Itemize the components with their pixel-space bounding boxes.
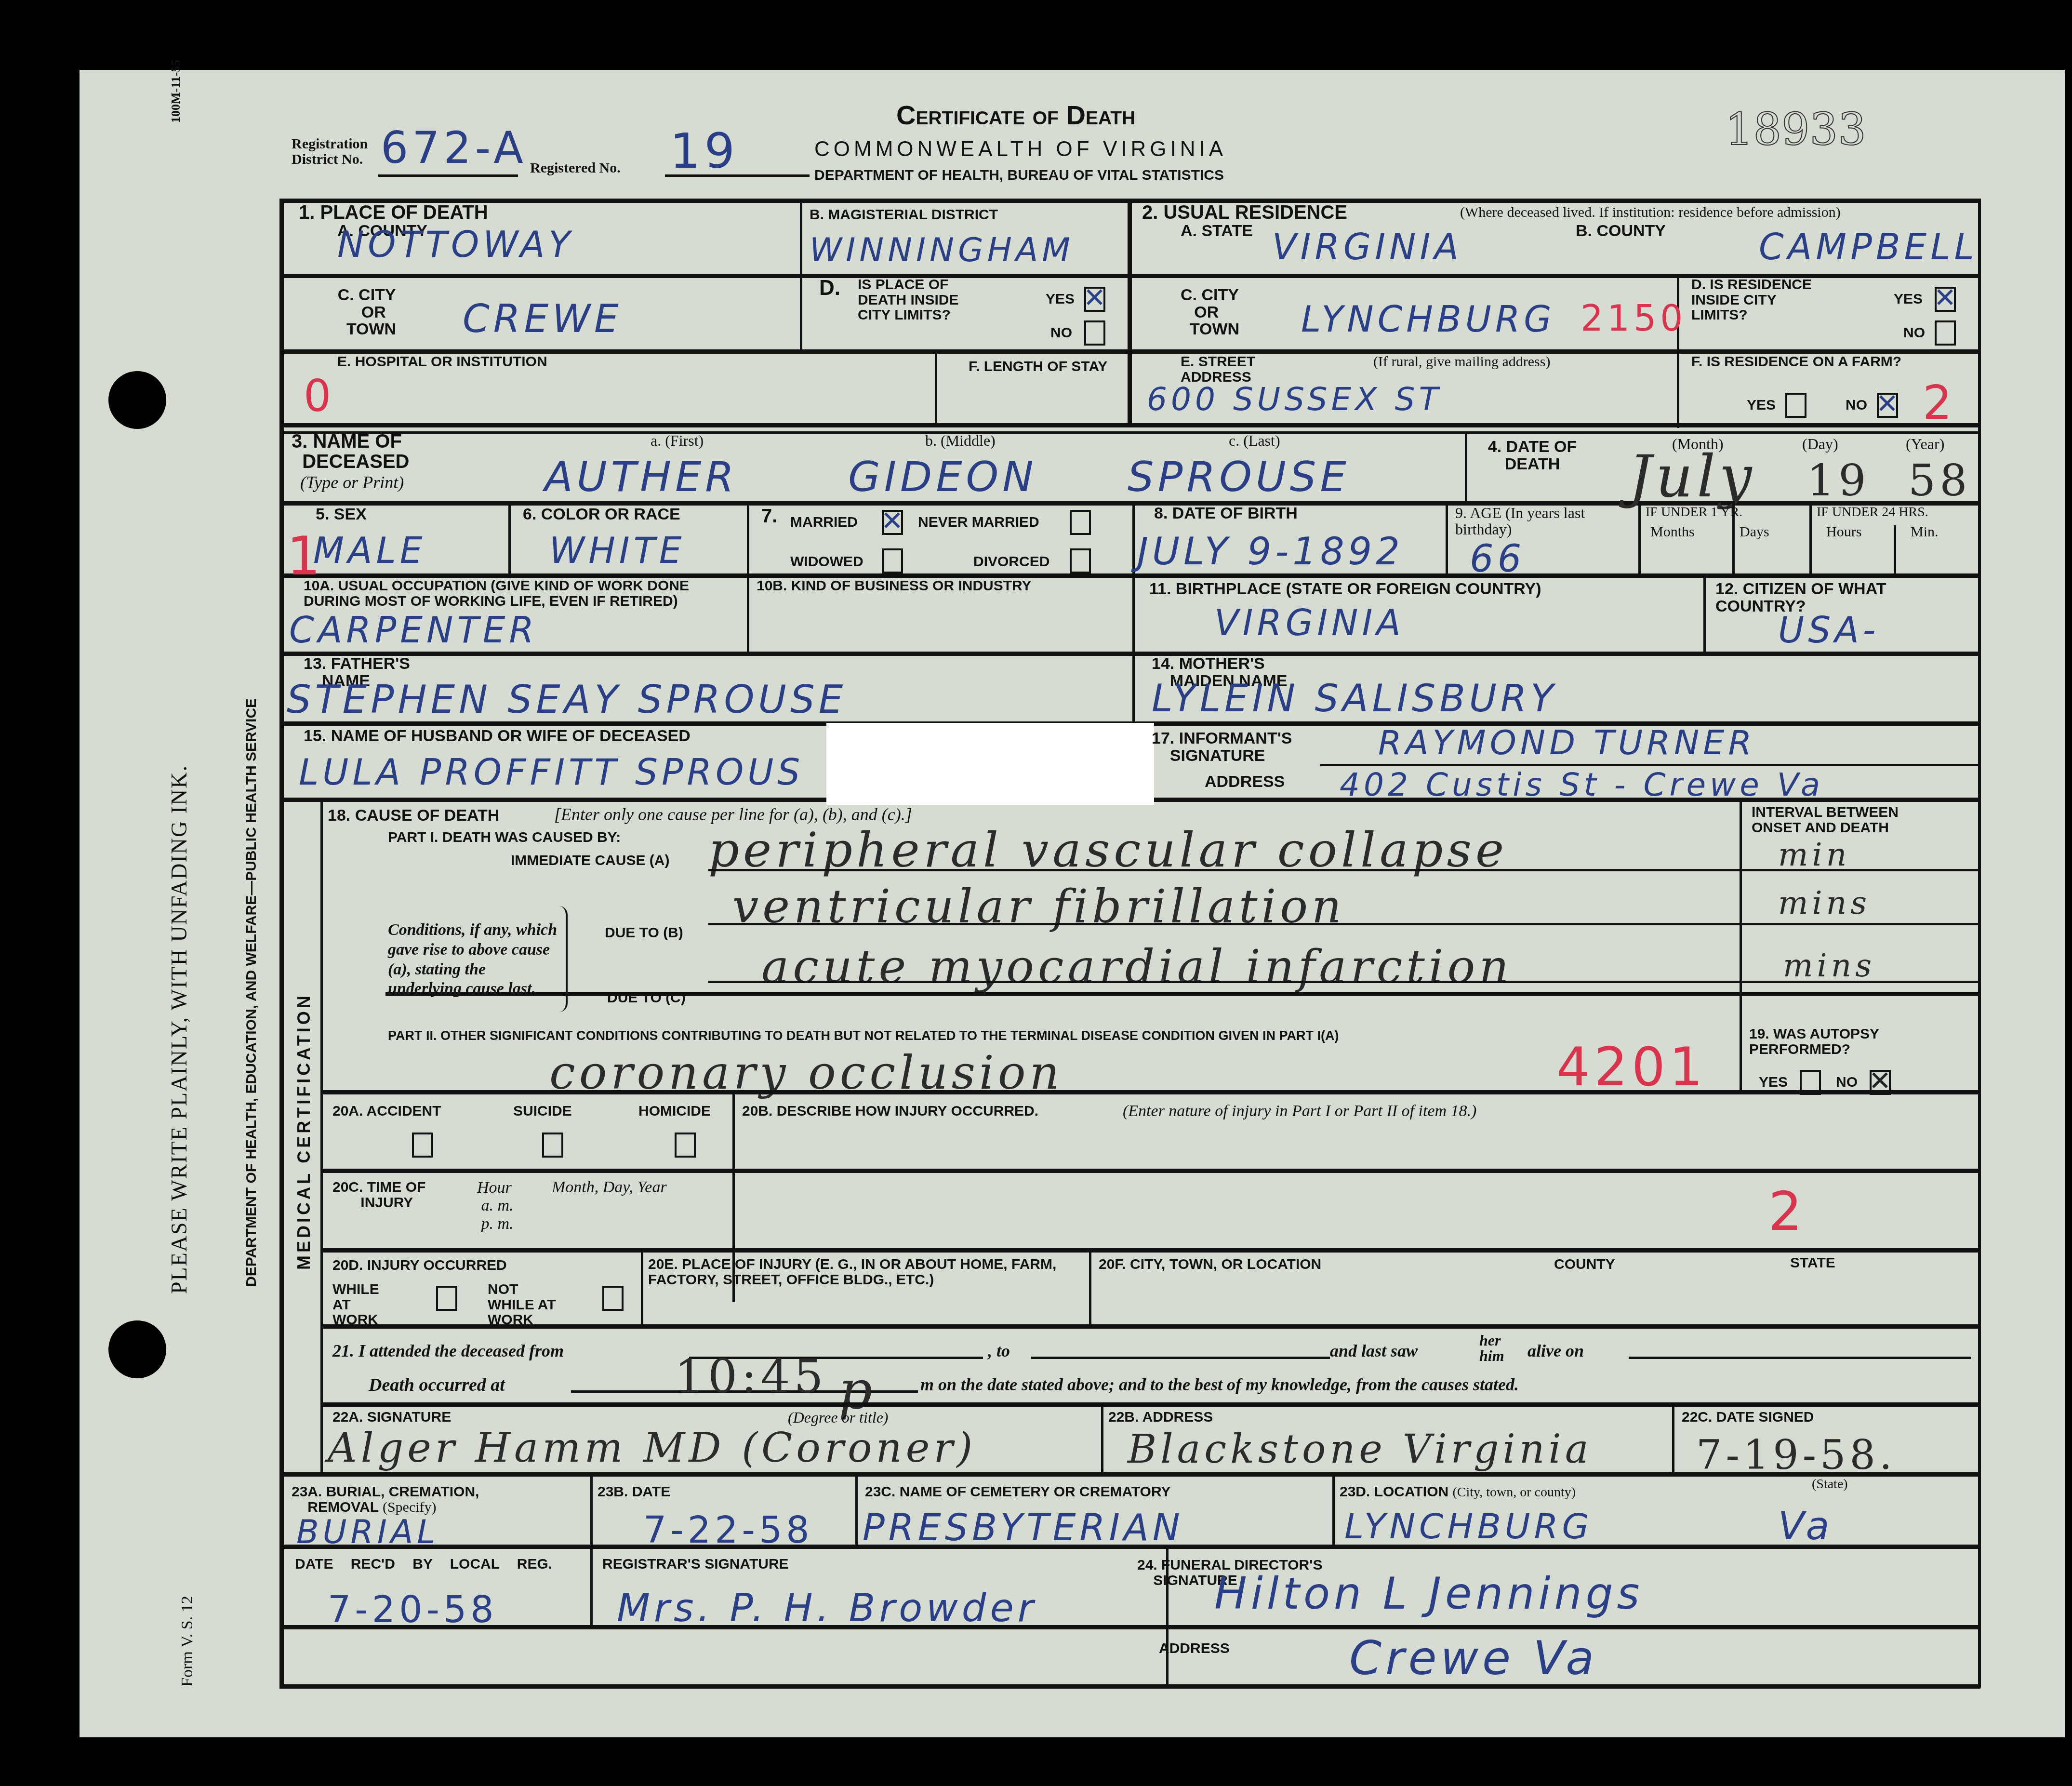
informant-address-label: ADDRESS: [1205, 773, 1285, 791]
injury-city-label: 20f. CITY, TOWN, OR LOCATION: [1099, 1257, 1321, 1272]
date-of-birth-value: JULY 9-1892: [1137, 530, 1404, 573]
birthplace-value: VIRGINIA: [1214, 602, 1405, 644]
while-at-work-label: WHILE AT WORK: [332, 1282, 390, 1328]
res-state-label: a. STATE: [1181, 223, 1253, 240]
sex-value: MALE: [313, 530, 426, 572]
farm-yes-checkbox[interactable]: [1785, 393, 1806, 418]
res-inside-no-checkbox[interactable]: [1935, 320, 1956, 346]
death-year-value: 58: [1908, 455, 1971, 506]
inside-limits-label: IS PLACE OF DEATH INSIDE CITY LIMITS?: [858, 277, 978, 323]
time-of-injury-label: 20c. TIME OF INJURY: [332, 1180, 425, 1210]
farm-no-label: NO: [1846, 398, 1867, 413]
signature-label: 22a. SIGNATURE: [332, 1410, 451, 1425]
last-saw-label: and last saw: [1330, 1342, 1418, 1360]
race-label: 6. COLOR OR RACE: [523, 506, 680, 523]
while-at-work-checkbox[interactable]: [436, 1286, 457, 1311]
registration-district-value: 672-A: [381, 123, 527, 173]
inside-limits-no-label: NO: [1050, 325, 1072, 341]
registrar-signature: Mrs. P. H. Browder: [617, 1586, 1037, 1630]
injury-state-label: STATE: [1790, 1255, 1835, 1271]
not-while-at-work-checkbox[interactable]: [602, 1286, 624, 1311]
farm-label: f. IS RESIDENCE ON A FARM?: [1691, 354, 1901, 370]
spouse-label: 15. NAME OF HUSBAND OR WIFE OF DECEASED: [304, 728, 691, 745]
death-day-value: 19: [1807, 455, 1870, 506]
homicide-label: HOMICIDE: [638, 1104, 711, 1119]
burial-location-value: LYNCHBURG: [1344, 1506, 1593, 1546]
birthplace-label: 11. BIRTHPLACE (State or foreign country…: [1149, 581, 1541, 598]
never-married-label: NEVER MARRIED: [918, 515, 1039, 530]
city-value: CREWE: [463, 296, 623, 341]
margin-instruction: PLEASE WRITE PLAINLY, WITH UNFADING INK.: [166, 765, 192, 1294]
min-label: Min.: [1911, 524, 1939, 540]
alive-on-label: alive on: [1527, 1342, 1584, 1360]
suicide-label: SUICIDE: [513, 1104, 572, 1119]
registered-no-value: 19: [670, 123, 739, 179]
death-year-label: (Year): [1906, 436, 1944, 453]
divorced-checkbox[interactable]: [1070, 548, 1091, 573]
degree-label: (Degree or title): [788, 1410, 889, 1426]
injury-county-label: COUNTY: [1554, 1257, 1615, 1272]
form-id: Form V. S. 12: [178, 1596, 197, 1687]
medical-certification-label: MEDICAL CERTIFICATION: [294, 993, 314, 1270]
physician-signature: Alger Hamm MD (Coroner): [328, 1424, 976, 1471]
widowed-label: WIDOWED: [790, 554, 863, 570]
page-subtitle: Commonwealth of Virginia: [814, 138, 1227, 160]
margin-agency: DEPARTMENT OF HEALTH, EDUCATION, AND WEL…: [243, 698, 260, 1287]
injury-occurred-label: 20d. INJURY OCCURRED: [332, 1258, 507, 1273]
age-label: 9. AGE (In years last birthday): [1455, 505, 1629, 537]
due-to-b-label: DUE TO (b): [605, 925, 683, 941]
res-city-code: 2150: [1581, 298, 1687, 339]
street-note: (If rural, give mailing address): [1373, 354, 1550, 370]
punch-hole: [108, 371, 166, 429]
informant-address-value: 402 Custis St - Crewe Va: [1340, 766, 1824, 803]
length-of-stay-label: f. LENGTH OF STAY: [969, 359, 1113, 374]
redaction-block: [826, 723, 1154, 805]
res-inside-limits-label: d. IS RESIDENCE INSIDE CITY LIMITS?: [1691, 277, 1821, 323]
farm-yes-label: YES: [1747, 398, 1776, 413]
burial-date-label: 23b. DATE: [598, 1484, 670, 1500]
physician-address-value: Blackstone Virginia: [1128, 1426, 1593, 1472]
funeral-director-signature: Hilton L Jennings: [1214, 1569, 1644, 1619]
date-of-birth-label: 8. DATE OF BIRTH: [1154, 505, 1298, 522]
mother-value: LYLEIN SALISBURY: [1152, 677, 1557, 720]
burial-state-label: (State): [1812, 1477, 1848, 1491]
burial-label: 23a. BURIAL, CREMATION, REMOVAL (Specify…: [292, 1484, 479, 1515]
part2-label: PART II. OTHER SIGNIFICANT CONDITIONS CO…: [388, 1029, 1339, 1042]
due-to-b-value: ventricular fibrillation: [732, 880, 1345, 933]
form-code: 100M-11-55: [169, 60, 183, 123]
funeral-address-label: ADDRESS: [1159, 1641, 1230, 1656]
interval-c-value: mins: [1783, 947, 1875, 984]
due-to-c-value: acute myocardial infarction: [761, 940, 1513, 994]
part1-label: PART I. DEATH WAS CAUSED BY:: [388, 830, 621, 845]
autopsy-no-label: NO: [1836, 1075, 1858, 1090]
date-of-death-label: 4. DATE OF DEATH: [1484, 439, 1581, 473]
first-name-value: AUTHER: [545, 453, 738, 501]
days-label: Days: [1740, 524, 1769, 540]
inside-limits-no-checkbox[interactable]: [1084, 320, 1105, 346]
sex-label: 5. SEX: [316, 506, 367, 523]
physician-address-label: 22b. ADDRESS: [1108, 1410, 1213, 1425]
place-of-injury-label: 20e. PLACE OF INJURY (e. g., in or about…: [648, 1257, 1082, 1287]
res-county-value: CAMPBELL: [1759, 227, 1978, 268]
interval-b-value: mins: [1778, 884, 1871, 921]
name-label: 3. NAME OF DECEASED (Type or Print): [292, 431, 410, 492]
farm-no-checkbox[interactable]: [1877, 393, 1898, 418]
not-while-at-work-label: NOT WHILE AT WORK: [488, 1282, 560, 1328]
death-statement: m on the date stated above; and to the b…: [920, 1376, 1519, 1394]
married-checkbox[interactable]: [882, 510, 903, 535]
res-city-value: LYNCHBURG: [1301, 299, 1555, 340]
funeral-address-value: Crewe Va: [1349, 1631, 1598, 1685]
last-name-label: c. (Last): [1229, 433, 1280, 449]
magisterial-label: b. MAGISTERIAL DISTRICT: [810, 207, 998, 223]
date-received-label: DATE REC'D BY LOCAL REG.: [295, 1557, 579, 1572]
middle-name-value: GIDEON: [848, 453, 1037, 501]
magisterial-value: WINNINGHAM: [810, 231, 1074, 269]
death-month-value: July: [1629, 443, 1756, 510]
suicide-checkbox[interactable]: [542, 1133, 563, 1158]
department-line: Department of Health, Bureau of Vital St…: [814, 168, 1224, 183]
street-label: e. STREET ADDRESS: [1181, 354, 1267, 385]
hospital-label: e. HOSPITAL OR INSTITUTION: [337, 354, 547, 370]
page-title: Certificate of Death: [896, 101, 1135, 130]
certificate-number: 18933: [1725, 104, 1866, 155]
attended-to-label: , to: [988, 1342, 1010, 1360]
divorced-label: DIVORCED: [973, 554, 1049, 570]
homicide-checkbox[interactable]: [675, 1133, 696, 1158]
autopsy-label: 19. WAS AUTOPSY PERFORMED?: [1749, 1026, 1903, 1057]
res-city-label: c. CITY OR TOWN: [1181, 287, 1239, 338]
date-received-value: 7-20-58: [328, 1588, 498, 1631]
punch-hole: [108, 1320, 166, 1378]
immediate-cause-label: IMMEDIATE CAUSE (a): [511, 853, 669, 868]
city-label: c. CITY OR TOWN: [337, 287, 396, 338]
res-inside-yes-checkbox[interactable]: [1935, 287, 1956, 312]
death-time-value: 10:45: [675, 1349, 827, 1403]
first-name-label: a. (First): [651, 433, 704, 449]
informant-label: 17. INFORMANT'S SIGNATURE: [1152, 730, 1292, 764]
injury-date-label: Month, Day, Year: [552, 1179, 667, 1196]
inside-limits-yes-checkbox[interactable]: [1084, 287, 1105, 312]
injury-code: 2: [1768, 1181, 1806, 1242]
res-county-label: b. COUNTY: [1576, 223, 1666, 240]
usual-residence-label: 2. USUAL RESIDENCE: [1142, 202, 1347, 223]
death-occurred-at-label: Death occurred at: [369, 1376, 505, 1395]
months-label: Months: [1650, 524, 1695, 540]
burial-state-value: Va: [1778, 1504, 1833, 1548]
farm-code: 2: [1923, 376, 1956, 430]
inside-limits-yes-label: YES: [1046, 292, 1075, 307]
informant-value: RAYMOND TURNER: [1378, 723, 1755, 762]
spouse-value: LULA PROFFITT SPROUS: [299, 752, 804, 793]
marital-label: 7.: [761, 506, 777, 526]
describe-injury-label: 20b. DESCRIBE HOW INJURY OCCURRED.: [742, 1104, 1038, 1119]
cemetery-label: 23c. NAME OF CEMETERY OR CREMATORY: [865, 1484, 1171, 1500]
occupation-label: 10a. USUAL OCCUPATION (Give kind of work…: [304, 578, 737, 609]
county-value: NOTTOWAY: [337, 224, 574, 266]
citizen-value: USA-: [1778, 610, 1879, 651]
widowed-checkbox[interactable]: [882, 548, 903, 573]
interval-a-value: min: [1778, 836, 1850, 873]
accident-checkbox[interactable]: [412, 1133, 433, 1158]
middle-name-label: b. (Middle): [925, 433, 996, 449]
never-married-checkbox[interactable]: [1070, 510, 1091, 535]
age-value: 66: [1470, 537, 1525, 581]
street-value: 600 SUSSEX ST: [1147, 381, 1442, 418]
last-name-value: SPROUSE: [1128, 453, 1350, 501]
location-label: 23d. LOCATION (City, town, or county): [1340, 1484, 1576, 1500]
hours-label: Hours: [1826, 524, 1861, 540]
autopsy-yes-label: YES: [1759, 1075, 1788, 1090]
conditions-note: Conditions, if any, which gave rise to a…: [388, 920, 561, 999]
under-24hrs-label: IF UNDER 24 HRS.: [1817, 505, 1928, 519]
attended-from-label: 21. I attended the deceased from: [332, 1342, 564, 1360]
date-signed-value: 7-19-58.: [1696, 1431, 1896, 1479]
registered-no-label: Registered No.: [530, 160, 621, 176]
married-label: MARRIED: [790, 515, 858, 530]
cemetery-value: PRESBYTERIAN: [863, 1506, 1184, 1549]
inside-limits-d: d.: [819, 277, 840, 299]
describe-injury-note: (Enter nature of injury in Part I or Par…: [1123, 1103, 1476, 1120]
father-value: STEPHEN SEAY SPROUSE: [287, 677, 847, 722]
hospital-value: 0: [304, 371, 335, 422]
registrar-label: REGISTRAR'S SIGNATURE: [602, 1557, 789, 1572]
death-day-label: (Day): [1802, 436, 1838, 453]
cause-of-death-label: 18. CAUSE OF DEATH: [328, 807, 499, 825]
under-1yr-label: IF UNDER 1 YR.: [1646, 505, 1742, 519]
res-inside-yes-label: YES: [1894, 292, 1923, 307]
registration-label: RegistrationDistrict No.: [292, 136, 368, 167]
usual-residence-note: (Where deceased lived. If institution: r…: [1460, 205, 1841, 220]
res-state-value: VIRGINIA: [1272, 227, 1462, 268]
place-of-death-label: 1. PLACE OF DEATH: [299, 202, 488, 223]
hour-label: Hour a. m. p. m.: [477, 1179, 514, 1233]
res-inside-no-label: NO: [1903, 325, 1925, 341]
accident-label: 20a. ACCIDENT: [332, 1104, 441, 1119]
race-value: WHITE: [549, 530, 686, 572]
business-label: 10b. KIND OF BUSINESS OR INDUSTRY: [757, 578, 1123, 594]
occupation-value: CARPENTER: [289, 610, 538, 651]
date-signed-label: 22c. DATE SIGNED: [1682, 1410, 1814, 1425]
cause-code: 4201: [1556, 1036, 1707, 1098]
her-him-label: herhim: [1479, 1333, 1504, 1363]
interval-label: INTERVAL BETWEEN ONSET AND DEATH: [1752, 805, 1906, 835]
